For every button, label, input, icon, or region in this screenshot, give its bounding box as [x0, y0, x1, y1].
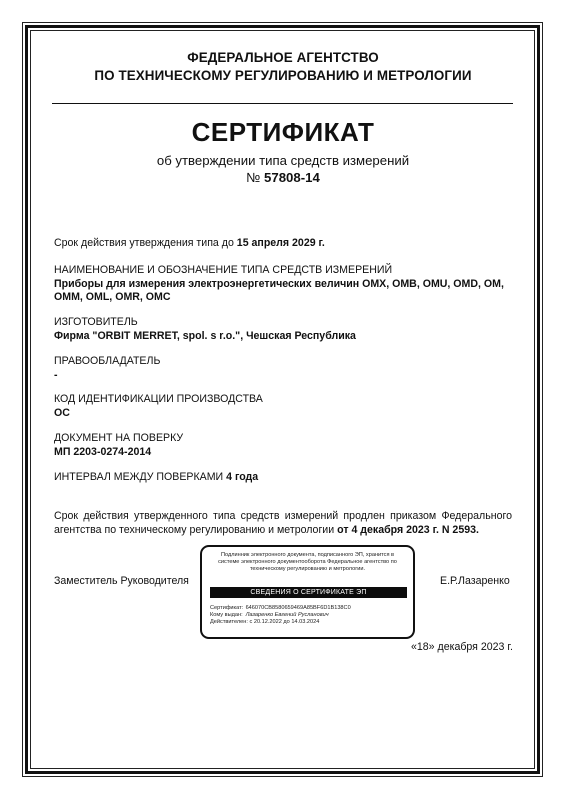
- production-code-value: ОС: [54, 407, 514, 421]
- extension-order: от 4 декабря 2023 г. N 2593.: [337, 524, 479, 536]
- agency-line-2: ПО ТЕХНИЧЕСКОМУ РЕГУЛИРОВАНИЮ И МЕТРОЛОГ…: [0, 67, 566, 85]
- verification-doc-value: МП 2203-0274-2014: [54, 446, 514, 460]
- header-divider: [52, 103, 513, 104]
- stamp-valid-value: с 20.12.2022 до 14.03.2024: [249, 619, 319, 625]
- stamp-details: Сертификат: 646070CB8580659469A85BF6D1B1…: [210, 605, 351, 627]
- certificate-subtitle: об утверждении типа средств измерений: [0, 152, 566, 169]
- instrument-heading: НАИМЕНОВАНИЕ И ОБОЗНАЧЕНИЕ ТИПА СРЕДСТВ …: [54, 264, 514, 278]
- stamp-valid-row: Действителен: с 20.12.2022 до 14.03.2024: [210, 619, 351, 626]
- extension-paragraph: Срок действия утвержденного типа средств…: [54, 510, 512, 537]
- stamp-note: Подлинник электронного документа, подпис…: [202, 552, 413, 573]
- stamp-valid-label: Действителен:: [210, 619, 248, 625]
- signature-date: «18» декабря 2023 г.: [411, 641, 513, 653]
- certificate-title: СЕРТИФИКАТ: [0, 117, 566, 147]
- rights-holder-heading: ПРАВООБЛАДАТЕЛЬ: [54, 355, 514, 369]
- certificate-number: № 57808-14: [0, 169, 566, 186]
- interval-heading: ИНТЕРВАЛ МЕЖДУ ПОВЕРКАМИ: [54, 471, 223, 483]
- validity-date: 15 апреля 2029 г.: [237, 237, 325, 249]
- section-manufacturer: ИЗГОТОВИТЕЛЬ Фирма "ORBIT MERRET, spol. …: [54, 316, 514, 343]
- manufacturer-value: Фирма "ORBIT MERRET, spol. s r.o.", Чешс…: [54, 330, 514, 344]
- instrument-value: Приборы для измерения электроэнергетичес…: [54, 278, 519, 305]
- stamp-issued-to-value: Лазаренко Евгений Русланович: [246, 612, 329, 618]
- section-production-code: КОД ИДЕНТИФИКАЦИИ ПРОИЗВОДСТВА ОС: [54, 393, 514, 420]
- section-interval: ИНТЕРВАЛ МЕЖДУ ПОВЕРКАМИ 4 года: [54, 471, 514, 485]
- signatory-name: Е.Р.Лазаренко: [440, 575, 510, 587]
- validity-label: Срок действия утверждения типа до: [54, 237, 234, 249]
- manufacturer-heading: ИЗГОТОВИТЕЛЬ: [54, 316, 514, 330]
- e-signature-stamp: Подлинник электронного документа, подпис…: [200, 545, 415, 639]
- agency-header: ФЕДЕРАЛЬНОЕ АГЕНТСТВО ПО ТЕХНИЧЕСКОМУ РЕ…: [0, 49, 566, 85]
- stamp-certificate-value: 646070CB8580659469A85BF6D1B138C0: [246, 605, 351, 611]
- section-rights-holder: ПРАВООБЛАДАТЕЛЬ -: [54, 355, 514, 382]
- number-value: 57808-14: [264, 170, 320, 185]
- interval-value: 4 года: [226, 471, 258, 483]
- stamp-title-bar: СВЕДЕНИЯ О СЕРТИФИКАТЕ ЭП: [210, 587, 407, 598]
- section-instrument: НАИМЕНОВАНИЕ И ОБОЗНАЧЕНИЕ ТИПА СРЕДСТВ …: [54, 264, 514, 305]
- validity-line: Срок действия утверждения типа до 15 апр…: [54, 237, 514, 251]
- section-verification-doc: ДОКУМЕНТ НА ПОВЕРКУ МП 2203-0274-2014: [54, 432, 514, 459]
- stamp-certificate-label: Сертификат:: [210, 605, 244, 612]
- production-code-heading: КОД ИДЕНТИФИКАЦИИ ПРОИЗВОДСТВА: [54, 393, 514, 407]
- verification-doc-heading: ДОКУМЕНТ НА ПОВЕРКУ: [54, 432, 514, 446]
- rights-holder-value: -: [54, 369, 514, 383]
- agency-line-1: ФЕДЕРАЛЬНОЕ АГЕНТСТВО: [0, 49, 566, 67]
- signatory-position: Заместитель Руководителя: [54, 575, 189, 587]
- number-prefix: №: [246, 170, 260, 185]
